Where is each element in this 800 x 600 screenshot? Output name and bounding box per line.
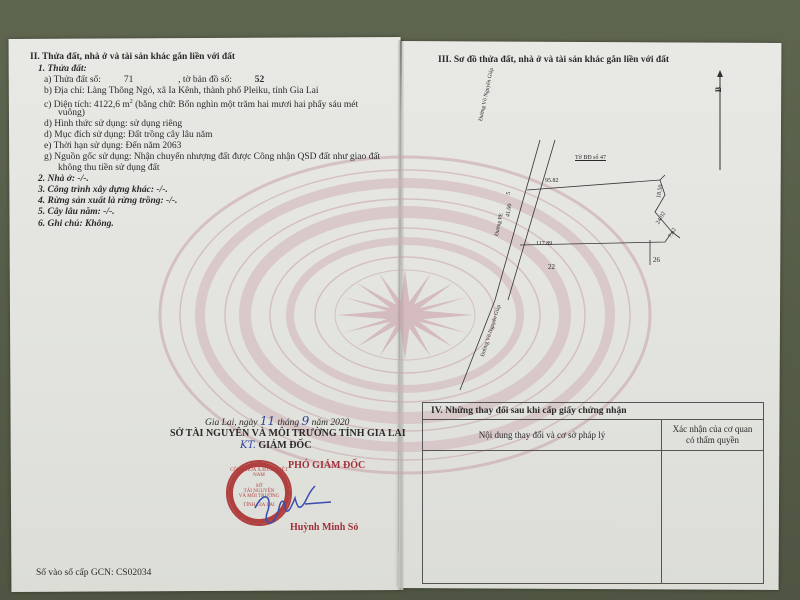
parcel-label: a) Thửa đất số:: [44, 75, 101, 85]
address: b) Địa chỉ: Làng Thông Ngó, xã Ia Kênh, …: [44, 86, 318, 97]
col-content-header: Nội dung thay đổi và cơ sở pháp lý: [423, 420, 662, 450]
changes-title: IV. Những thay đổi sau khi cấp giấy chứn…: [423, 403, 763, 420]
col-confirm-header: Xác nhận của cơ quan có thẩm quyền: [662, 420, 763, 450]
changes-content-cell: [423, 451, 662, 583]
land-origin-cont: không thu tiền sử dụng đất: [58, 163, 159, 174]
perennial-trees: 5. Cây lâu năm: -/-.: [38, 207, 115, 218]
north-label: B: [713, 87, 724, 92]
map-sheet-ref: Tờ BĐ số 47: [575, 153, 606, 164]
changes-body: [423, 451, 763, 583]
deputy-director-title: PHÓ GIÁM ĐỐC: [288, 460, 365, 471]
signer-name: Huỳnh Minh Sỏ: [290, 522, 358, 533]
area-words: (bằng chữ: Bốn nghìn một trăm hai mươi h…: [133, 100, 358, 110]
usage-term: e) Thời hạn sử dụng: Đến năm 2063: [44, 141, 181, 152]
usage-purpose: d) Mục đích sử dụng: Đất trồng cây lâu n…: [44, 130, 212, 141]
notes: 6. Ghi chú: Không.: [38, 219, 114, 230]
stamp-line: CỘNG HÒA X.H.C.N VIỆT NAM: [228, 468, 290, 478]
area-row: c) Diện tích: 4122,6 m2 (bằng chữ: Bốn n…: [44, 97, 358, 111]
other-construction: 3. Công trình xây dựng khác: -/-.: [38, 185, 168, 196]
neighbor-parcel: 26: [653, 255, 660, 266]
col-confirm-line1: Xác nhận của cơ quan: [662, 424, 763, 435]
director-prefix: KT.: [240, 440, 256, 451]
col-confirm-line2: có thẩm quyền: [662, 435, 763, 446]
director-title: GIÁM ĐỐC: [258, 440, 311, 451]
production-forest: 4. Rừng sản xuất là rừng trồng: -/-.: [38, 196, 177, 207]
neighbor-parcel: 22: [548, 262, 555, 273]
map-sheet-label: , tờ bản đồ số:: [178, 75, 232, 85]
registry-number: Số vào sổ cấp GCN: CS02034: [36, 568, 151, 579]
dim-right-top: 18.50: [654, 184, 667, 199]
area-value: c) Diện tích: 4122,6 m: [44, 100, 130, 110]
changes-table: IV. Những thay đổi sau khi cấp giấy chứn…: [422, 402, 764, 584]
changes-header-row: Nội dung thay đổi và cơ sở pháp lý Xác n…: [423, 420, 763, 451]
section-iii-title: III. Sơ đồ thửa đất, nhà ở và tài sản kh…: [438, 55, 669, 66]
dim-top: 95.82: [545, 176, 559, 187]
parcel-number: 71: [103, 75, 133, 86]
usage-form: d) Hình thức sử dụng: sử dụng riêng: [44, 119, 182, 130]
land-origin: g) Nguồn gốc sử dụng: Nhận chuyển nhượng…: [44, 152, 380, 163]
date-day: 11: [260, 414, 275, 428]
date-month-label: tháng: [278, 418, 300, 428]
area-words-cont: vuông): [58, 108, 85, 119]
dim-bottom: 117.89: [536, 239, 552, 250]
date-year: năm 2020: [312, 418, 350, 428]
date-prefix: Gia Lai, ngày: [205, 418, 258, 428]
map-sheet-number: 52: [234, 75, 264, 86]
director-line: KT. GIÁM ĐỐC: [240, 440, 311, 451]
page-fold: [398, 40, 404, 590]
parcel-row: a) Thửa đất số: 71 , tờ bản đồ số: 52: [44, 75, 264, 86]
land-heading: 1. Thửa đất:: [38, 64, 87, 75]
house-info: 2. Nhà ở: -/-.: [38, 174, 89, 185]
section-ii-title: II. Thửa đất, nhà ở và tài sản khác gắn …: [30, 52, 235, 63]
date-month: 9: [302, 414, 310, 428]
issuing-agency: SỞ TÀI NGUYÊN VÀ MÔI TRƯỜNG TỈNH GIA LAI: [170, 428, 406, 439]
